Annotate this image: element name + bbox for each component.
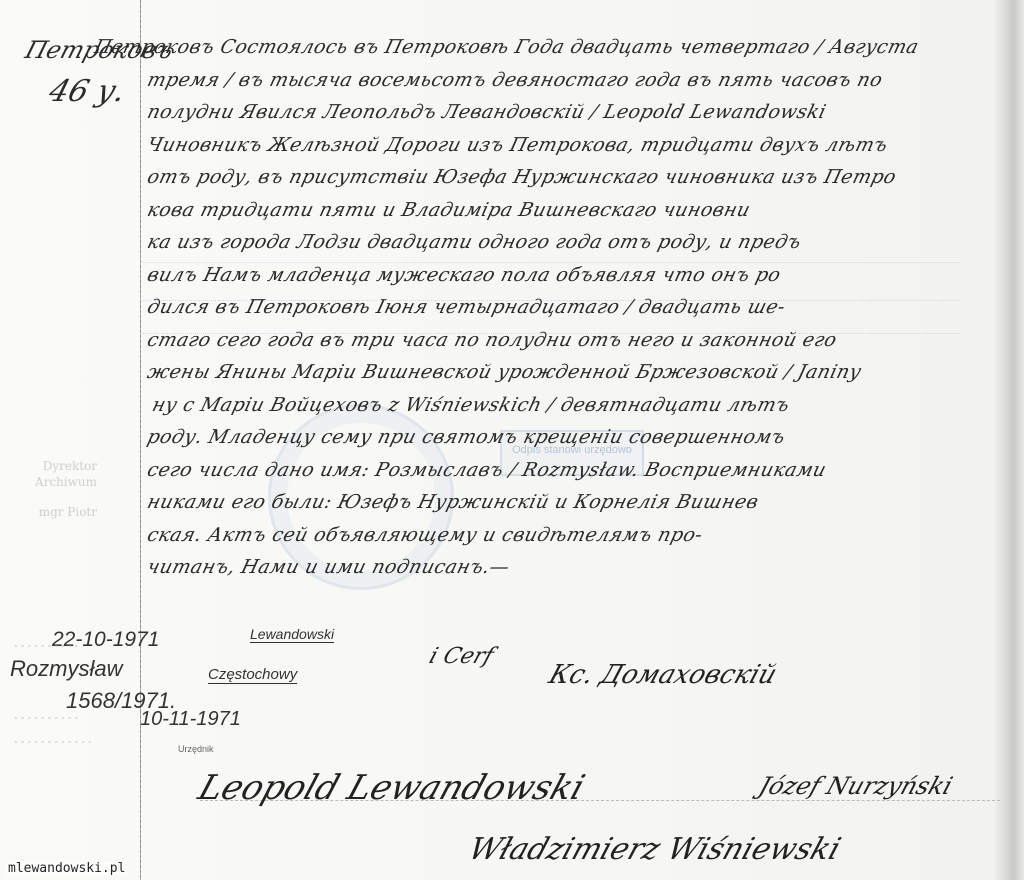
signature-witness-1: Józef Nurzyński [755, 772, 956, 800]
annotation-office: Częstochowy [208, 666, 297, 684]
archive-stamp-line: mgr Piotr [2, 504, 97, 520]
archive-stamp: Dyrektor Archiwum mgr Piotr [2, 458, 97, 520]
record-line: читанъ, Нами и ими подписанъ.— [145, 556, 1005, 578]
stamp-form-line: - - - - - - - - - - [14, 640, 78, 652]
record-line: роду. Младенцу сему при святомъ крещеніи… [145, 426, 1005, 448]
record-line: дился въ Петроковѣ Іюня четырнадцатаго /… [145, 296, 1005, 318]
record-line: отъ роду, въ присутствіи Юзефа Нуржинска… [145, 166, 1005, 188]
record-line: кова тридцати пяти и Владиміра Вишневска… [145, 199, 1005, 221]
priest-title-fragment: i Cerf [426, 644, 497, 669]
dotted-rule [140, 262, 960, 263]
signature-father: Leopold Lewandowski [194, 768, 590, 808]
margin-rule [140, 0, 141, 880]
record-line: полудни Явился Леопольдъ Левандовскій / … [145, 101, 1005, 123]
watermark: mlewandowski.pl [6, 861, 127, 876]
record-line: ская. Актъ сей объявляющему и свидѣтелям… [145, 524, 1005, 546]
annotation-office-label: Urzędnik [178, 744, 214, 754]
record-line: тремя / въ тысяча восемьсотъ девяностаго… [145, 69, 1005, 91]
signature-witness-2: Władzimierz Wiśniewski [464, 832, 845, 867]
annotation-date-2: 10-11-1971 [140, 708, 241, 731]
stamp-form-line: - - - - - - - - - - - - [14, 736, 92, 748]
archive-stamp-line: Dyrektor [2, 458, 97, 474]
margin-record-number: 46 у. [45, 74, 130, 109]
record-line: вилъ Намъ младенца мужескаго пола объявл… [145, 264, 1005, 286]
record-line: жены Янины Маріи Вишневской урожденной Б… [145, 361, 1005, 383]
annotation-given-name: Rozmysław [10, 656, 122, 682]
record-line: ка изъ города Лодзи двадцати одного года… [145, 231, 1005, 253]
priest-signature: Кс. Домаховскій [545, 660, 780, 690]
stamp-form-line: - - - - - - - - - - [14, 712, 78, 724]
record-line: ну с Маріи Войцеховъ z Wiśniewskich / де… [150, 394, 1005, 416]
scanned-document-page: Odpis stanowi urzędowo Dyrektor Archiwum… [0, 0, 1024, 880]
record-line: сего числа дано имя: Розмыславъ / Rozmys… [145, 459, 1005, 481]
record-line: Петроковъ Состоялось въ Петроковѣ Года д… [92, 36, 1005, 58]
annotation-surname: Lewandowski [250, 626, 334, 643]
archive-stamp-line: Archiwum [2, 474, 97, 490]
record-line: стаго сего года въ три часа по полудни о… [145, 329, 1005, 351]
record-line: никами его были: Юзефъ Нуржинскій и Корн… [145, 491, 1005, 513]
record-line: Чиновникъ Желѣзной Дороги изъ Петрокова,… [145, 134, 1005, 156]
